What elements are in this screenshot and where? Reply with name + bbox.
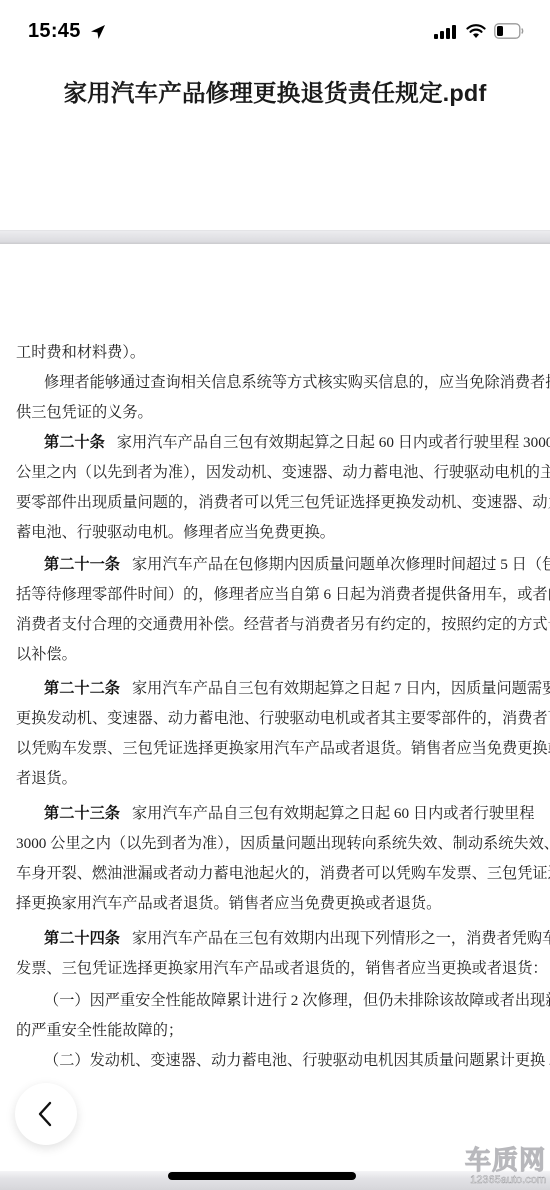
article-number: 第二十三条	[44, 805, 120, 822]
cellular-signal-icon	[434, 25, 458, 39]
title-bar: 家用汽车产品修理更换退货责任规定.pdf	[0, 60, 550, 122]
line-text: 家用汽车产品在包修期内因质量问题单次修理时间超过 5 日（包	[132, 556, 550, 573]
line-text: 家用汽车产品自三包有效期起算之日起 60 日内或者行驶里程 3000	[117, 434, 550, 451]
line-text: 供三包凭证的义务。	[16, 404, 153, 421]
article-paragraph-line: 第二十四条家用汽车产品在三包有效期内出现下列情形之一，消费者凭购车	[44, 929, 526, 949]
home-indicator[interactable]	[168, 1172, 356, 1180]
line-text: 择更换家用汽车产品或者退货。销售者应当免费更换或者退货。	[16, 895, 441, 912]
wifi-icon	[466, 23, 486, 39]
watermark-url: 12365auto.com	[440, 1174, 550, 1186]
document-text-line: （二）发动机、变速器、动力蓄电池、行驶驱动电机因其质量问题累计更换 2	[44, 1051, 526, 1071]
line-text: 括等待修理零部件时间）的，修理者应当自第 6 日起为消费者提供备用车，或者向	[16, 586, 550, 603]
document-text-line: 供三包凭证的义务。	[16, 403, 526, 423]
document-text-line: 更换发动机、变速器、动力蓄电池、行驶驱动电机或者其主要零部件的，消费者可	[16, 709, 526, 729]
line-text: 家用汽车产品自三包有效期起算之日起 60 日内或者行驶里程	[132, 805, 534, 822]
line-text: （一）因严重安全性能故障累计进行 2 次修理，但仍未排除该故障或者出现新	[44, 992, 550, 1009]
document-text-line: 车身开裂、燃油泄漏或者动力蓄电池起火的，消费者可以凭购车发票、三包凭证选	[16, 864, 526, 884]
article-paragraph-line: 第二十一条家用汽车产品在包修期内因质量问题单次修理时间超过 5 日（包	[44, 555, 526, 575]
article-number: 第二十条	[44, 434, 105, 451]
document-text-line: 的严重安全性能故障的；	[16, 1021, 526, 1041]
document-text-line: 发票、三包凭证选择更换家用汽车产品或者退货的，销售者应当更换或者退货：	[16, 959, 526, 979]
document-text-line: 括等待修理零部件时间）的，修理者应当自第 6 日起为消费者提供备用车，或者向	[16, 585, 526, 605]
document-title: 家用汽车产品修理更换退货责任规定.pdf	[0, 74, 550, 108]
line-text: 蓄电池、行驶驱动电机。修理者应当免费更换。	[16, 524, 335, 541]
article-number: 第二十一条	[44, 556, 120, 573]
location-arrow-icon	[90, 24, 106, 40]
chevron-left-icon	[34, 1101, 58, 1127]
watermark-name: 车质网	[440, 1146, 550, 1174]
line-text: 以补偿。	[16, 646, 77, 663]
line-text: 以凭购车发票、三包凭证选择更换家用汽车产品或者退货。销售者应当免费更换或	[16, 740, 550, 757]
battery-icon	[494, 23, 524, 39]
line-text: 更换发动机、变速器、动力蓄电池、行驶驱动电机或者其主要零部件的，消费者可	[16, 710, 550, 727]
document-text-line: 择更换家用汽车产品或者退货。销售者应当免费更换或者退货。	[16, 894, 526, 914]
line-text: 公里之内（以先到者为准），因发动机、变速器、动力蓄电池、行驶驱动电机的主	[16, 464, 550, 481]
document-text-line: 者退货。	[16, 769, 526, 789]
line-text: 家用汽车产品自三包有效期起算之日起 7 日内，因质量问题需要	[132, 680, 550, 697]
status-bar: 15:45	[0, 0, 550, 60]
article-number: 第二十二条	[44, 680, 120, 697]
line-text: 3000 公里之内（以先到者为准），因质量问题出现转向系统失效、制动系统失效、	[16, 835, 550, 852]
document-text-line: 以凭购车发票、三包凭证选择更换家用汽车产品或者退货。销售者应当免费更换或	[16, 739, 526, 759]
page-separator	[0, 230, 550, 244]
article-paragraph-line: 第二十条家用汽车产品自三包有效期起算之日起 60 日内或者行驶里程 3000	[44, 433, 526, 453]
document-text-line: 修理者能够通过查询相关信息系统等方式核实购买信息的，应当免除消费者提	[44, 373, 526, 393]
document-text-line: 要零部件出现质量问题的，消费者可以凭三包凭证选择更换发动机、变速器、动力	[16, 493, 526, 513]
line-text: 修理者能够通过查询相关信息系统等方式核实购买信息的，应当免除消费者提	[44, 374, 550, 391]
status-time: 15:45	[28, 20, 81, 43]
article-paragraph-line: 第二十三条家用汽车产品自三包有效期起算之日起 60 日内或者行驶里程	[44, 804, 526, 824]
watermark: 车质网 12365auto.com	[440, 1146, 550, 1190]
line-text: 发票、三包凭证选择更换家用汽车产品或者退货的，销售者应当更换或者退货：	[16, 960, 548, 977]
line-text: 者退货。	[16, 770, 77, 787]
document-text-line: 蓄电池、行驶驱动电机。修理者应当免费更换。	[16, 523, 526, 543]
line-text: 车身开裂、燃油泄漏或者动力蓄电池起火的，消费者可以凭购车发票、三包凭证选	[16, 865, 550, 882]
document-text-line: 工时费和材料费）。	[16, 343, 526, 363]
document-text-line: 消费者支付合理的交通费用补偿。经营者与消费者另有约定的，按照约定的方式予	[16, 615, 526, 635]
document-text-line: （一）因严重安全性能故障累计进行 2 次修理，但仍未排除该故障或者出现新	[44, 991, 526, 1011]
line-text: 的严重安全性能故障的；	[16, 1022, 183, 1039]
line-text: 家用汽车产品在三包有效期内出现下列情形之一，消费者凭购车	[132, 930, 550, 947]
document-text-line: 以补偿。	[16, 645, 526, 665]
line-text: 工时费和材料费）。	[16, 344, 145, 361]
back-button[interactable]	[15, 1083, 77, 1145]
article-paragraph-line: 第二十二条家用汽车产品自三包有效期起算之日起 7 日内，因质量问题需要	[44, 679, 526, 699]
line-text: （二）发动机、变速器、动力蓄电池、行驶驱动电机因其质量问题累计更换 2	[44, 1052, 550, 1069]
article-number: 第二十四条	[44, 930, 120, 947]
document-text-line: 公里之内（以先到者为准），因发动机、变速器、动力蓄电池、行驶驱动电机的主	[16, 463, 526, 483]
line-text: 要零部件出现质量问题的，消费者可以凭三包凭证选择更换发动机、变速器、动力	[16, 494, 550, 511]
document-text-line: 3000 公里之内（以先到者为准），因质量问题出现转向系统失效、制动系统失效、	[16, 834, 526, 854]
line-text: 消费者支付合理的交通费用补偿。经营者与消费者另有约定的，按照约定的方式予	[16, 616, 550, 633]
